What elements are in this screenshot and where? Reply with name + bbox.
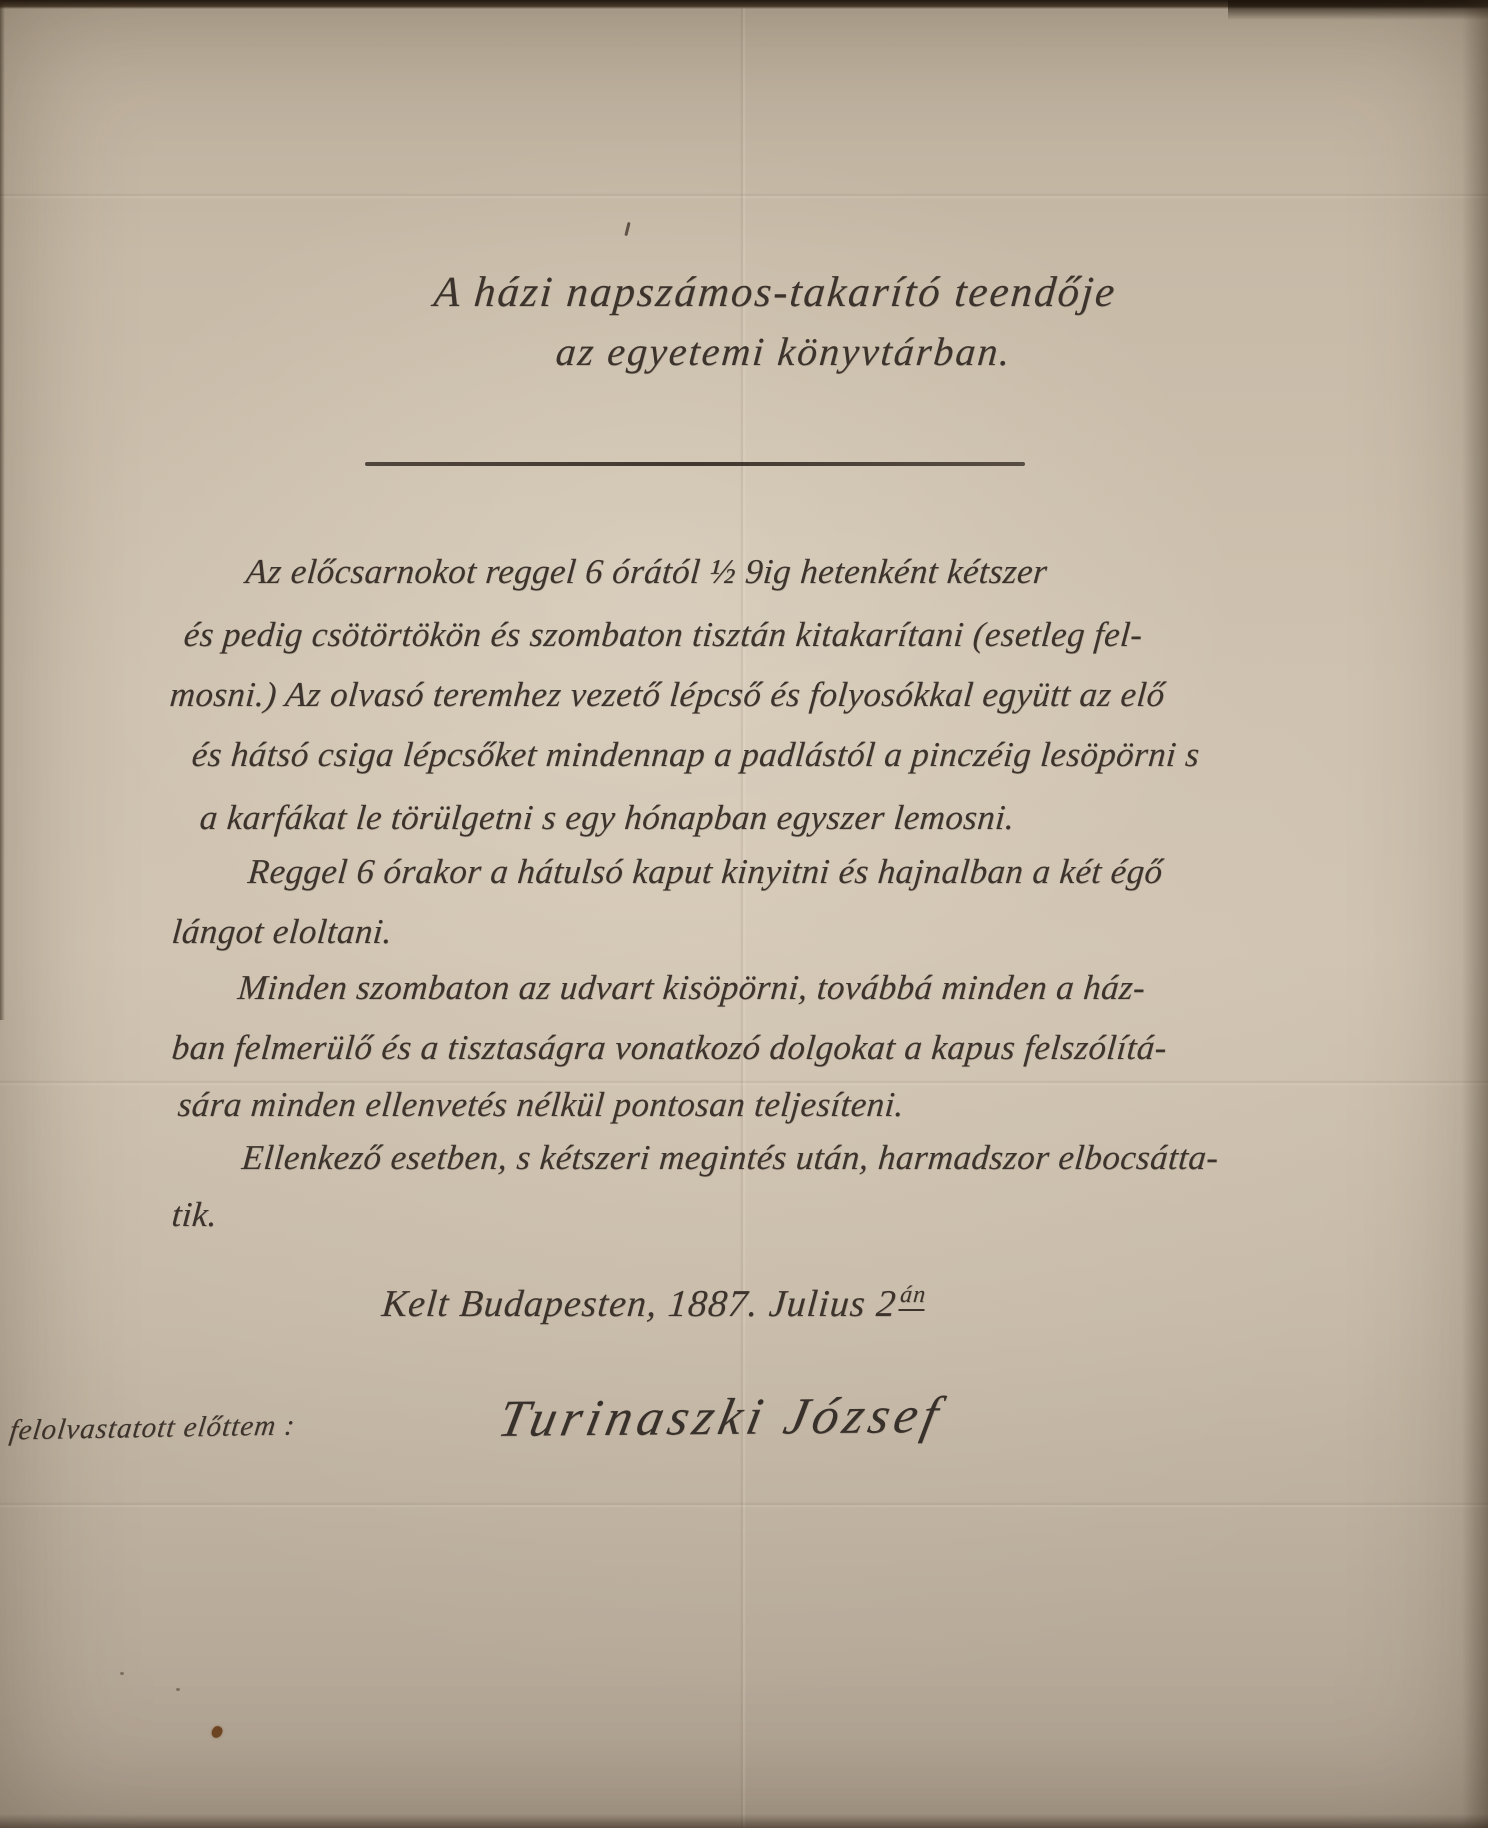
photo-vignette bbox=[0, 0, 1488, 1828]
document-photo: A házi napszámos-takarító teendője az eg… bbox=[0, 0, 1488, 1828]
paper-sheet: A házi napszámos-takarító teendője az eg… bbox=[0, 0, 1488, 1828]
